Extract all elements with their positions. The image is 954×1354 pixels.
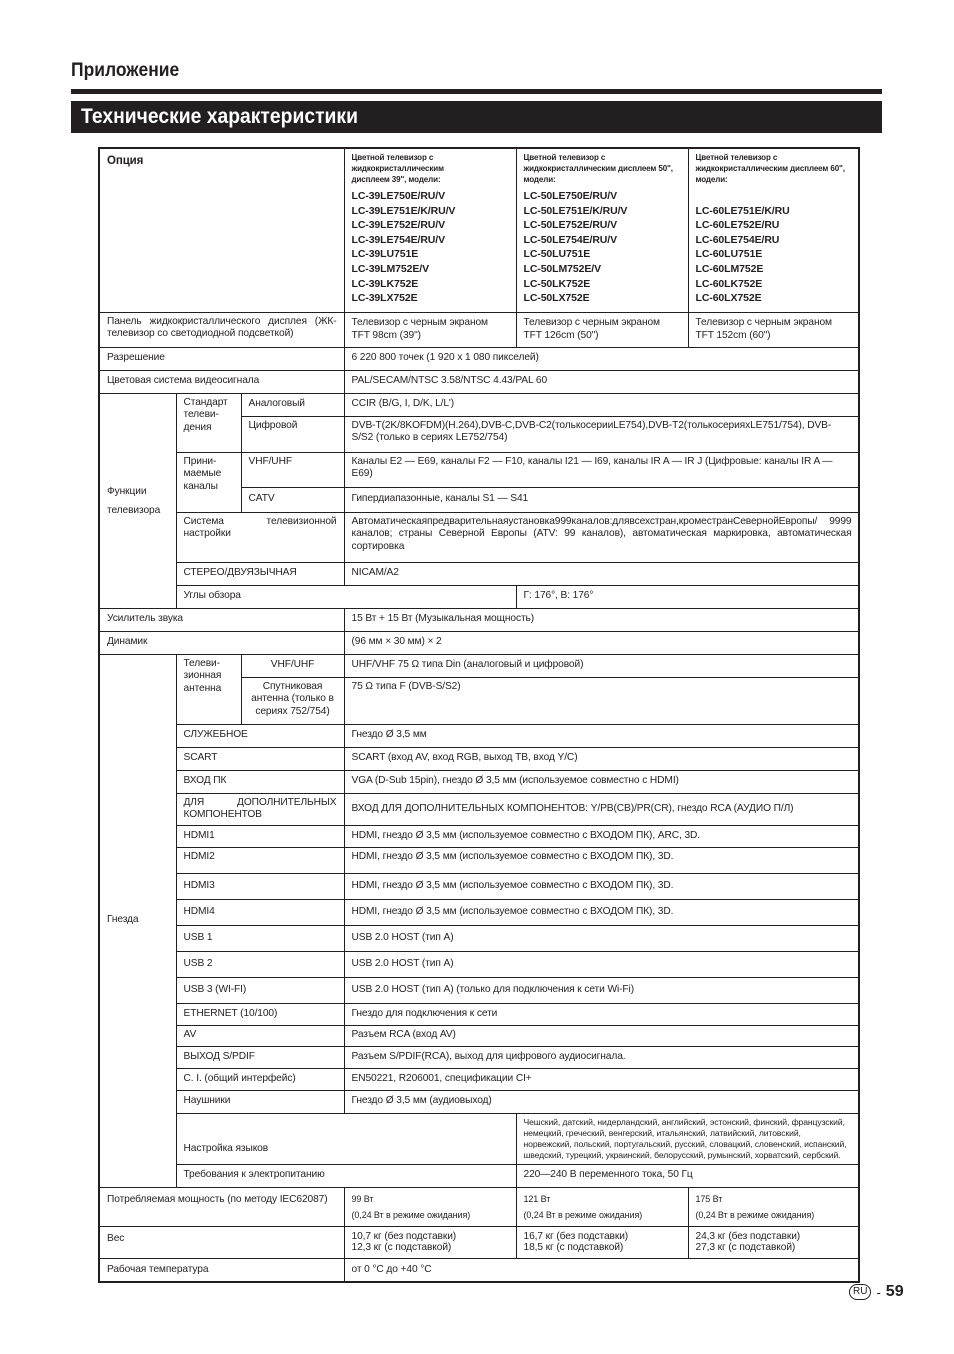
sub-label: HDMI1: [176, 825, 344, 847]
table-row: Наушники Гнездо Ø 3,5 мм (аудиовыход): [99, 1090, 859, 1113]
sub-label: HDMI4: [176, 899, 344, 925]
sub-label: Цифровой: [241, 416, 344, 452]
power-main: 121 Вт: [524, 1191, 681, 1207]
cell-value: ВХОД ДЛЯ ДОПОЛНИТЕЛЬНЫХ КОМПОНЕНТОВ: Y/P…: [344, 793, 859, 825]
cell-value: 175 Вт(0,24 Вт в режиме ожидания): [688, 1187, 859, 1226]
cell-value: (96 мм × 30 мм) × 2: [344, 631, 859, 654]
table-row: Панель жидкокристаллического дисплея (ЖК…: [99, 312, 859, 347]
cell-value: Г: 176°, В: 176°: [516, 585, 859, 608]
cell-value: USB 2.0 HOST (тип A) (только для подключ…: [344, 977, 859, 1003]
sub-label: HDMI2: [176, 847, 344, 873]
cell-value: Телевизор с черным экраном TFT 98cm (39"…: [344, 312, 516, 347]
table-row: SCART SCART (вход AV, вход RGB, выход ТВ…: [99, 747, 859, 770]
cell-value: 15 Вт + 15 Вт (Музыкальная мощность): [344, 608, 859, 631]
page-footer: RU - 59: [849, 1283, 904, 1301]
page-number: 59: [886, 1283, 904, 1301]
cell-value: Телевизор с черным экраном TFT 152cm (60…: [688, 312, 859, 347]
cell-value: Чешский, датский, нидерландский, английс…: [516, 1113, 859, 1164]
model: LC-60LE752E/RU: [696, 218, 852, 233]
model: LC-50LX752E: [524, 291, 681, 306]
separator: -: [876, 1285, 880, 1300]
row-label: Панель жидкокристаллического дисплея (ЖК…: [99, 312, 344, 347]
cell-value: 220—240 В переменного тока, 50 Гц: [516, 1164, 859, 1187]
model: [696, 189, 852, 204]
table-row: Прини-маемые каналы VHF/UHF Каналы E2 — …: [99, 452, 859, 487]
sub-label: СЛУЖЕБНОЕ: [176, 724, 344, 747]
row-label: Цветовая система видеосигнала: [99, 370, 344, 393]
sub-label: ETHERNET (10/100): [176, 1003, 344, 1025]
cell-value: DVB-T(2K/8KOFDM)(H.264),DVB-C,DVB-C2(тол…: [344, 416, 859, 452]
sub-label: Наушники: [176, 1090, 344, 1113]
cell-value: 16,7 кг (без подставки)18,5 кг (с подста…: [516, 1226, 688, 1258]
model-desc: Цветной телевизор с жидкокристаллическим…: [524, 152, 681, 185]
cell-value: Гнездо Ø 3,5 мм (аудиовыход): [344, 1090, 859, 1113]
model-column-60: Цветной телевизор с жидкокристаллическим…: [688, 148, 859, 312]
model-desc: Цветной телевизор с жидкокристаллическим…: [352, 152, 472, 185]
model-desc: Цветной телевизор с жидкокристаллическим…: [696, 152, 852, 185]
cell-value: USB 2.0 HOST (тип A): [344, 925, 859, 951]
sub-label: USB 1: [176, 925, 344, 951]
table-row: USB 2 USB 2.0 HOST (тип A): [99, 951, 859, 977]
cell-value: HDMI, гнездо Ø 3,5 мм (используемое совм…: [344, 825, 859, 847]
sub-label: СТЕРЕО/ДВУЯЗЫЧНАЯ: [176, 562, 344, 585]
sub-label: Система телевизионной настройки: [176, 512, 344, 562]
cell-value: Гнездо для подключения к сети: [344, 1003, 859, 1025]
cell-value: 121 Вт(0,24 Вт в режиме ожидания): [516, 1187, 688, 1226]
table-row: C. I. (общий интерфейс) EN50221, R206001…: [99, 1068, 859, 1090]
table-row: Углы обзора Г: 176°, В: 176°: [99, 585, 859, 608]
sub-label: Стандарт телеви-дения: [176, 393, 241, 452]
cell-value: Разъем RCA (вход AV): [344, 1025, 859, 1046]
sub-label: Прини-маемые каналы: [176, 452, 241, 512]
cell-value: 10,7 кг (без подставки)12,3 кг (с подста…: [344, 1226, 516, 1258]
spec-table: Опция Цветной телевизор с жидкокристалли…: [98, 147, 860, 1283]
table-row: Рабочая температура от 0 °C до +40 °C: [99, 1258, 859, 1282]
row-label: Разрешение: [99, 347, 344, 370]
table-row: HDMI1 HDMI, гнездо Ø 3,5 мм (используемо…: [99, 825, 859, 847]
cell-value: от 0 °C до +40 °C: [344, 1258, 859, 1282]
row-label: Требования к электропитанию: [176, 1164, 516, 1187]
model: LC-50LE754E/RU/V: [524, 233, 681, 248]
model: LC-50LE750E/RU/V: [524, 189, 681, 204]
sub-label: VHF/UHF: [241, 452, 344, 487]
table-row: USB 3 (WI-FI) USB 2.0 HOST (тип A) (толь…: [99, 977, 859, 1003]
model: LC-39LU751E: [352, 247, 509, 262]
option-header: Опция: [99, 148, 344, 312]
model: LC-39LX752E: [352, 291, 509, 306]
cell-value: UHF/VHF 75 Ω типа Din (аналоговый и цифр…: [344, 654, 859, 677]
weight-without-stand: 16,7 кг (без подставки): [524, 1231, 681, 1242]
table-row: Цветовая система видеосигнала PAL/SECAM/…: [99, 370, 859, 393]
cell-value: NICAM/A2: [344, 562, 859, 585]
model: LC-60LE751E/K/RU: [696, 204, 852, 219]
model: LC-50LE751E/K/RU/V: [524, 204, 681, 219]
model: LC-60LE754E/RU: [696, 233, 852, 248]
table-row: HDMI2 HDMI, гнездо Ø 3,5 мм (используемо…: [99, 847, 859, 873]
model: LC-60LM752E: [696, 262, 852, 277]
cell-value: HDMI, гнездо Ø 3,5 мм (используемое совм…: [344, 899, 859, 925]
model: LC-50LM752E/V: [524, 262, 681, 277]
sub-label: CATV: [241, 487, 344, 512]
power-standby: (0,24 Вт в режиме ожидания): [696, 1207, 852, 1223]
table-row: Потребляемая мощность (по методу IEC6208…: [99, 1187, 859, 1226]
model-list: LC-60LE751E/K/RU LC-60LE752E/RU LC-60LE7…: [696, 189, 852, 306]
weight-without-stand: 10,7 кг (без подставки): [352, 1231, 509, 1242]
weight-with-stand: 27,3 кг (с подставкой): [696, 1242, 852, 1253]
row-label: Углы обзора: [176, 585, 516, 608]
section-divider: [71, 89, 882, 94]
model-list: LC-50LE750E/RU/V LC-50LE751E/K/RU/V LC-5…: [524, 189, 681, 306]
sub-label: VHF/UHF: [241, 654, 344, 677]
table-row: Настройка языков Чешский, датский, нидер…: [99, 1113, 859, 1164]
table-row: Требования к электропитанию 220—240 В пе…: [99, 1164, 859, 1187]
sub-label: Спутниковая антенна (только в сериях 752…: [241, 677, 344, 724]
cell-value: 24,3 кг (без подставки)27,3 кг (с подста…: [688, 1226, 859, 1258]
cell-value: CCIR (B/G, I, D/K, L/L'): [344, 393, 859, 416]
table-row: USB 1 USB 2.0 HOST (тип A): [99, 925, 859, 951]
model: LC-60LK752E: [696, 277, 852, 292]
row-label: Усилитель звука: [99, 608, 344, 631]
sub-label: ВЫХОД S/PDIF: [176, 1046, 344, 1068]
table-row: Вес 10,7 кг (без подставки)12,3 кг (с по…: [99, 1226, 859, 1258]
cell-value: VGA (D-Sub 15pin), гнездо Ø 3,5 мм (испо…: [344, 770, 859, 793]
weight-without-stand: 24,3 кг (без подставки): [696, 1231, 852, 1242]
cell-value: Каналы E2 — E69, каналы F2 — F10, каналы…: [344, 452, 859, 487]
cell-value: Гипердиапазонные, каналы S1 — S41: [344, 487, 859, 512]
sub-label: SCART: [176, 747, 344, 770]
table-row: Функции телевизора Стандарт телеви-дения…: [99, 393, 859, 416]
table-row: ВЫХОД S/PDIF Разъем S/PDIF(RCA), выход д…: [99, 1046, 859, 1068]
table-header-row: Опция Цветной телевизор с жидкокристалли…: [99, 148, 859, 312]
model: LC-39LK752E: [352, 277, 509, 292]
model: LC-50LE752E/RU/V: [524, 218, 681, 233]
model: LC-39LE751E/K/RU/V: [352, 204, 509, 219]
model-column-50: Цветной телевизор с жидкокристаллическим…: [516, 148, 688, 312]
weight-with-stand: 18,5 кг (с подставкой): [524, 1242, 681, 1253]
model: LC-39LE754E/RU/V: [352, 233, 509, 248]
sub-label: AV: [176, 1025, 344, 1046]
row-label: Динамик: [99, 631, 344, 654]
row-label: Настройка языков: [176, 1113, 516, 1164]
table-row: ВХОД ПК VGA (D-Sub 15pin), гнездо Ø 3,5 …: [99, 770, 859, 793]
power-standby: (0,24 Вт в режиме ожидания): [352, 1207, 509, 1223]
table-row: HDMI3 HDMI, гнездо Ø 3,5 мм (используемо…: [99, 873, 859, 899]
table-row: ETHERNET (10/100) Гнездо для подключения…: [99, 1003, 859, 1025]
table-row: Система телевизионной настройки Автомати…: [99, 512, 859, 562]
sub-label: USB 2: [176, 951, 344, 977]
table-row: AV Разъем RCA (вход AV): [99, 1025, 859, 1046]
row-label: Вес: [99, 1226, 344, 1258]
cell-value: 6 220 800 точек (1 920 x 1 080 пикселей): [344, 347, 859, 370]
cell-value: HDMI, гнездо Ø 3,5 мм (используемое совм…: [344, 873, 859, 899]
row-label: Рабочая температура: [99, 1258, 344, 1282]
sub-label: Аналоговый: [241, 393, 344, 416]
table-row: Гнезда Телеви-зионная антенна VHF/UHF UH…: [99, 654, 859, 677]
table-row: Разрешение 6 220 800 точек (1 920 x 1 08…: [99, 347, 859, 370]
page-title: Технические характеристики: [81, 105, 358, 129]
cell-value: HDMI, гнездо Ø 3,5 мм (используемое совм…: [344, 847, 859, 873]
cell-value: PAL/SECAM/NTSC 3.58/NTSC 4.43/PAL 60: [344, 370, 859, 393]
title-bar: Технические характеристики: [71, 101, 882, 133]
model: LC-39LE750E/RU/V: [352, 189, 509, 204]
cell-value: SCART (вход AV, вход RGB, выход ТВ, вход…: [344, 747, 859, 770]
power-main: 175 Вт: [696, 1191, 852, 1207]
sub-label: Телеви-зионная антенна: [176, 654, 241, 724]
sub-label: ДЛЯ ДОПОЛНИТЕЛЬНЫХ КОМПОНЕНТОВ: [176, 793, 344, 825]
power-main: 99 Вт: [352, 1191, 509, 1207]
model-list: LC-39LE750E/RU/V LC-39LE751E/K/RU/V LC-3…: [352, 189, 509, 306]
row-label: Функции телевизора: [99, 393, 176, 608]
row-label: Потребляемая мощность (по методу IEC6208…: [99, 1187, 344, 1226]
model: LC-60LU751E: [696, 247, 852, 262]
table-row: HDMI4 HDMI, гнездо Ø 3,5 мм (используемо…: [99, 899, 859, 925]
section-heading: Приложение: [71, 60, 179, 82]
cell-value: EN50221, R206001, спецификации CI+: [344, 1068, 859, 1090]
cell-value: Разъем S/PDIF(RCA), выход для цифрового …: [344, 1046, 859, 1068]
cell-value: 99 Вт(0,24 Вт в режиме ожидания): [344, 1187, 516, 1226]
sub-label: USB 3 (WI-FI): [176, 977, 344, 1003]
table-row: Динамик (96 мм × 30 мм) × 2: [99, 631, 859, 654]
weight-with-stand: 12,3 кг (с подставкой): [352, 1242, 509, 1253]
language-badge: RU: [849, 1284, 871, 1300]
table-row: ДЛЯ ДОПОЛНИТЕЛЬНЫХ КОМПОНЕНТОВ ВХОД ДЛЯ …: [99, 793, 859, 825]
sub-label: ВХОД ПК: [176, 770, 344, 793]
cell-value: 75 Ω типа F (DVB-S/S2): [344, 677, 859, 724]
table-row: Усилитель звука 15 Вт + 15 Вт (Музыкальн…: [99, 608, 859, 631]
cell-value: USB 2.0 HOST (тип A): [344, 951, 859, 977]
model: LC-50LK752E: [524, 277, 681, 292]
cell-value: Автоматическаяпредварительнаяустановка99…: [344, 512, 859, 562]
model-column-39: Цветной телевизор с жидкокристаллическим…: [344, 148, 516, 312]
table-row: СЛУЖЕБНОЕ Гнездо Ø 3,5 мм: [99, 724, 859, 747]
model: LC-60LX752E: [696, 291, 852, 306]
sub-label: HDMI3: [176, 873, 344, 899]
cell-value: Гнездо Ø 3,5 мм: [344, 724, 859, 747]
model: LC-39LM752E/V: [352, 262, 509, 277]
sub-label: C. I. (общий интерфейс): [176, 1068, 344, 1090]
cell-value: Телевизор с черным экраном TFT 126cm (50…: [516, 312, 688, 347]
table-row: СТЕРЕО/ДВУЯЗЫЧНАЯ NICAM/A2: [99, 562, 859, 585]
model: LC-50LU751E: [524, 247, 681, 262]
power-standby: (0,24 Вт в режиме ожидания): [524, 1207, 681, 1223]
row-label: Гнезда: [99, 654, 176, 1187]
model: LC-39LE752E/RU/V: [352, 218, 509, 233]
